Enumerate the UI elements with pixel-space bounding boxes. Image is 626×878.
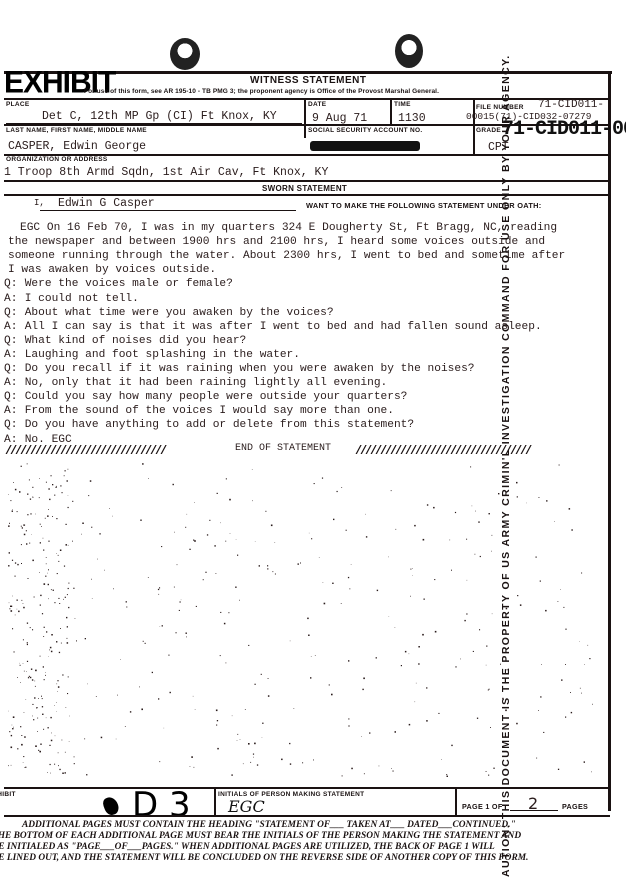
line-text: I was awaken by voices outside. xyxy=(8,264,216,276)
line-text: I could not tell. xyxy=(18,293,139,305)
page-label-suffix: PAGES xyxy=(562,802,588,811)
org-label: ORGANIZATION OR ADDRESS xyxy=(6,156,108,163)
form-subtitle: For use of this form, see AR 195-10 - TB… xyxy=(84,88,439,95)
ssn-redacted xyxy=(310,141,420,151)
line-text: Were the voices male or female? xyxy=(18,278,233,290)
end-hatch-left: //////////////////////////////// xyxy=(5,444,165,458)
footer-top-border xyxy=(4,787,610,789)
line-prefix: Q: xyxy=(4,419,18,432)
time-divider xyxy=(390,98,392,124)
question-line: Q: About what time were you awaken by th… xyxy=(4,307,334,320)
answer-line: A: Laughing and foot splashing in the wa… xyxy=(4,349,300,362)
page-label-prefix: PAGE 1 OF xyxy=(462,802,503,811)
answer-line: A: No, only that it had been raining lig… xyxy=(4,377,387,390)
footer-exhibit-value: D 3 xyxy=(132,785,191,825)
place-value: Det C, 12th MP Gp (CI) Ft Knox, KY xyxy=(42,110,277,123)
sworn-i-prefix: I, xyxy=(34,198,45,208)
exhibit-blot-icon xyxy=(101,795,120,817)
line-text: From the sound of the voices I would say… xyxy=(18,405,394,417)
footer-note-2: THE BOTTOM OF EACH ADDITIONAL PAGE MUST … xyxy=(0,831,521,841)
line-text: No, only that it had been raining lightl… xyxy=(18,377,387,389)
page-total-underline xyxy=(510,810,558,811)
place-label: PLACE xyxy=(6,101,30,108)
top-stamp-left xyxy=(170,38,200,70)
top-stamp-right xyxy=(395,34,423,68)
answer-line: A: From the sound of the voices I would … xyxy=(4,405,394,418)
row3-divider xyxy=(4,180,610,182)
footer-note-4: BE LINED OUT, AND THE STATEMENT WILL BE … xyxy=(0,853,528,863)
narrative-line: the newspaper and between 1900 hrs and 2… xyxy=(8,236,545,249)
line-prefix: Q: xyxy=(4,278,18,291)
header-divider xyxy=(4,98,610,100)
time-label: TIME xyxy=(394,101,411,108)
file-divider xyxy=(473,98,475,154)
line-text: What kind of noises did you hear? xyxy=(18,335,246,347)
narrative-line: EGC On 16 Feb 70, I was in my quarters 3… xyxy=(20,222,557,235)
line-prefix: Q: xyxy=(4,363,18,376)
form-right-border xyxy=(608,71,611,811)
sworn-divider xyxy=(4,194,610,196)
grade-label: GRADE xyxy=(476,127,501,134)
date-divider xyxy=(304,98,306,138)
sworn-header: SWORN STATEMENT xyxy=(262,184,347,193)
initials-value: EGC xyxy=(228,797,265,816)
line-text: EGC On 16 Feb 70, I was in my quarters 3… xyxy=(20,222,557,234)
line-prefix: A: xyxy=(4,321,18,334)
footer-exhibit-label: EXHIBIT xyxy=(0,791,16,798)
question-line: Q: Were the voices male or female? xyxy=(4,278,233,291)
footer-note-1: ADDITIONAL PAGES MUST CONTAIN THE HEADIN… xyxy=(22,820,516,830)
line-prefix: A: xyxy=(4,377,18,390)
org-value: 1 Troop 8th Armd Sqdn, 1st Air Cav, Ft K… xyxy=(4,166,328,179)
name-label: LAST NAME, FIRST NAME, MIDDLE NAME xyxy=(6,127,147,134)
line-text: the newspaper and between 1900 hrs and 2… xyxy=(8,236,545,248)
date-label: DATE xyxy=(308,101,326,108)
line-text: Do you have anything to add or delete fr… xyxy=(18,419,414,431)
question-line: Q: Could you say how many people were ou… xyxy=(4,391,407,404)
footer-divider-2 xyxy=(455,787,457,815)
ssn-label: SOCIAL SECURITY ACCOUNT NO. xyxy=(308,127,423,134)
sworn-name: Edwin G Casper xyxy=(58,197,155,210)
question-line: Q: Do you recall if it was raining when … xyxy=(4,363,475,376)
question-line: Q: Do you have anything to add or delete… xyxy=(4,419,414,432)
line-prefix: Q: xyxy=(4,391,18,404)
line-prefix: Q: xyxy=(4,307,18,320)
footer-bottom-border xyxy=(4,815,610,817)
question-line: Q: What kind of noises did you hear? xyxy=(4,335,246,348)
line-text: About what time were you awaken by the v… xyxy=(18,307,334,319)
sworn-name-underline xyxy=(40,210,296,211)
answer-line: A: I could not tell. xyxy=(4,293,139,306)
line-text: All I can say is that it was after I wen… xyxy=(18,321,542,333)
side-caution-text: CAUTION: THIS DOCUMENT IS THE PROPERTY O… xyxy=(500,66,512,878)
line-prefix: Q: xyxy=(4,335,18,348)
narrative-line: someone running through the water. About… xyxy=(8,250,565,263)
line-prefix: A: xyxy=(4,293,18,306)
line-text: Laughing and foot splashing in the water… xyxy=(18,349,300,361)
file-number-value-line1: 71-CID011- xyxy=(538,99,604,111)
line-text: Do you recall if it was raining when you… xyxy=(18,363,475,375)
file-number-stamp: 71-CID011-00 xyxy=(502,118,626,141)
line-text: someone running through the water. About… xyxy=(8,250,565,262)
end-of-statement: END OF STATEMENT xyxy=(235,443,331,454)
form-title: WITNESS STATEMENT xyxy=(250,75,366,86)
footer-note-3: BE INITIALED AS "PAGE___OF___PAGES." WHE… xyxy=(0,842,495,852)
name-value: CASPER, Edwin George xyxy=(8,140,146,153)
narrative-line: I was awaken by voices outside. xyxy=(8,264,216,277)
line-text: Could you say how many people were outsi… xyxy=(18,391,407,403)
answer-line: A: All I can say is that it was after I … xyxy=(4,321,542,334)
line-prefix: A: xyxy=(4,349,18,362)
line-prefix: A: xyxy=(4,405,18,418)
footer-divider-1 xyxy=(214,787,216,815)
